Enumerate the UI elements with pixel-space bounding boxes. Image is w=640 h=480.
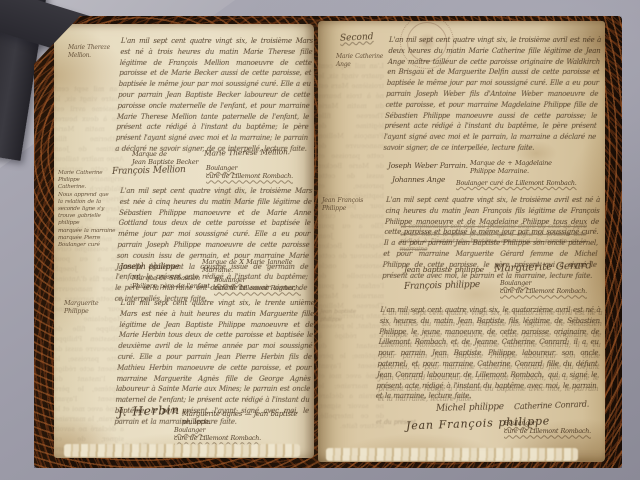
page-edge-deckle-right xyxy=(326,448,578,461)
signature-marque-sebastien-philippe: Marque de Sébastien Philippe père de l'e… xyxy=(132,274,212,290)
signature-cure-boulanger-3: Boulanger curé de Lillemont Rombach. xyxy=(174,426,261,443)
signature-joseph-philippe: Joseph philippe xyxy=(120,262,179,271)
signature-cure-boulanger-6: Boulanger curé de Lillemont Rombach. xyxy=(504,419,591,436)
signature-michel-philippe: Michel philippe xyxy=(436,402,504,414)
signature-marque-magdelaine-philippe: Marque de + Magdelaine Philippe Marraine… xyxy=(470,159,552,175)
signature-johannes-ange: Johannes Ange xyxy=(392,175,445,184)
margin-note-jean-francois-philippe: Jean François Philippe xyxy=(322,197,378,213)
signature-cure-boulanger-1: Boulanger curé de Lillemont Rombach. xyxy=(206,164,293,181)
left-page: L'an mil sept cent quatre vingt six, le … xyxy=(54,24,314,458)
signature-catherine-conrard: Catherine Conrard. xyxy=(514,400,589,412)
baptism-entry-marie-therese-mellion: L'an mil sept cent quatre vingt six, le … xyxy=(115,36,313,158)
margin-note-marguerite-philippe: Marguerite Philippe xyxy=(64,300,118,316)
baptism-entry-marguerite-philippe: L'an mil sept cent quatre vingt six, le … xyxy=(115,298,314,406)
struck-through-correction: la communauté son état au troisième degr… xyxy=(399,223,587,261)
signature-jean-baptiste-philippe: Jean baptiste philippe xyxy=(404,265,484,274)
page-header-second: Second xyxy=(340,32,374,44)
signature-herbin: J. Herbin xyxy=(118,403,180,419)
overwritten-text-layer: L'an mil sept cent quatre vingt six, le … xyxy=(377,308,602,406)
margin-note-marie-therese-mellion: Marie Thereze Mellion. xyxy=(68,44,126,60)
signature-francois-mellion: François Mellion xyxy=(112,165,186,177)
signature-cure-boulanger-4: Boulanger curé de Lillemont Rombach. xyxy=(456,179,596,187)
signature-marie-therese-mellion: Marie Therese Mellion. xyxy=(204,147,290,157)
signature-francois-philippe: François philippe xyxy=(404,280,480,292)
faint-pencil-note-right: et du présent xyxy=(376,419,416,426)
register-book-cover: L'an mil sept cent quatre vingt six, le … xyxy=(34,16,622,468)
page-edge-deckle-left xyxy=(64,444,300,457)
margin-note-marie-catherine-philippe: Marie Catherine Philippe Catherine. Nous… xyxy=(58,170,120,249)
right-page: L'an mil sept cent quatre vingt six, le … xyxy=(318,21,605,462)
signature-cure-boulanger-5: Boulanger curé de Lillemont Rombach. xyxy=(500,279,587,296)
signature-joseph-weber: Joseph Weber Parrain. xyxy=(388,161,468,170)
signature-cure-boulanger-2: Boulanger curé de Lillemont Rombach. xyxy=(214,276,301,293)
signature-marque-jannelle: Marque de X Marie Jannelle Marraine. xyxy=(202,258,292,274)
margin-note-jean-baptiste-philippe: Jean baptiste philippe xyxy=(320,309,374,325)
signature-line-marguerite: Marguerite agnès — jean baptiste philipp… xyxy=(182,410,314,426)
baptism-entry-marie-catherine-ange: L'an mil sept cent quatre vingt six, le … xyxy=(383,35,602,161)
bleedthrough-text: L'an mil sept cent quatre vingt six, le … xyxy=(318,61,384,321)
signature-marque-becker: Marque de Jean Baptiste Becker xyxy=(132,150,198,166)
photograph-of-register: L'an mil sept cent quatre vingt six, le … xyxy=(0,0,640,480)
margin-note-marie-catherine-ange: Marie Catherine Ange xyxy=(336,53,388,69)
